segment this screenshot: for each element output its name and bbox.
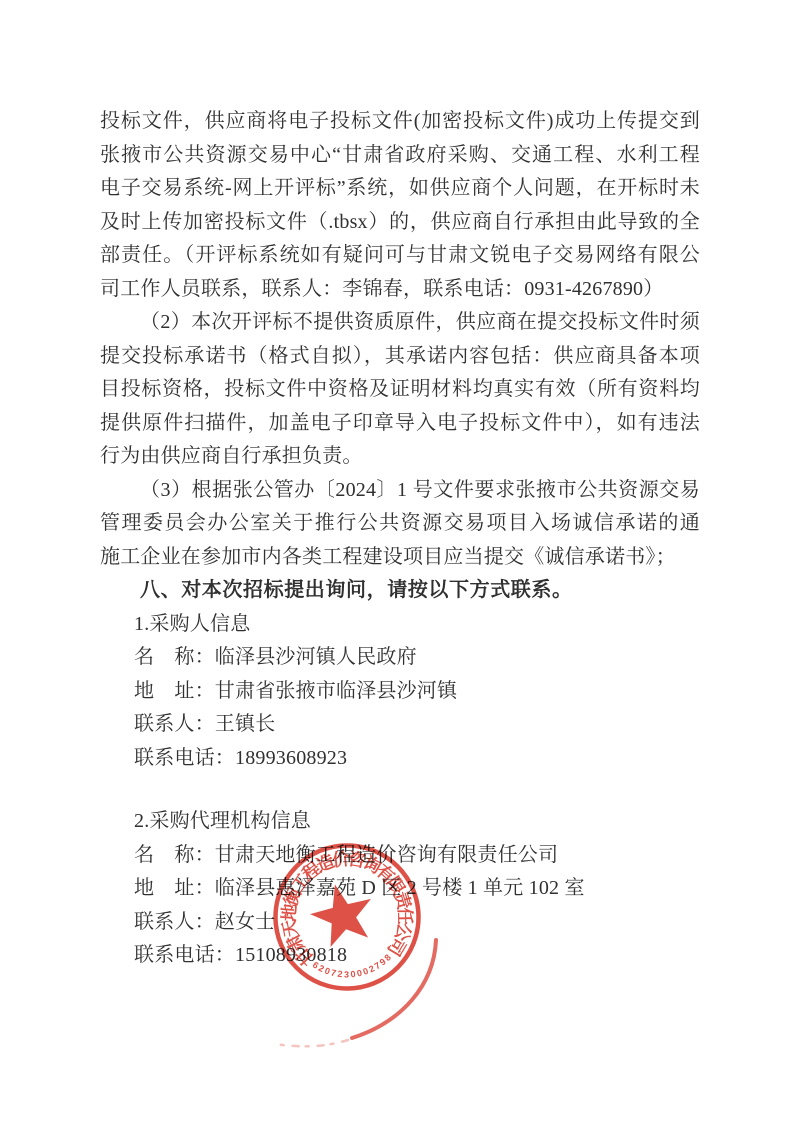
text-line: 部责任。（开评标系统如有疑问可与甘肃文锐电子交易网络有限公 [100,239,700,273]
text-line: 地 址：临泽县惠泽嘉苑 D 区 2 号楼 1 单元 102 室 [100,872,700,906]
text-line: 提交投标承诺书（格式自拟），其承诺内容包括：供应商具备本项 [100,340,700,374]
text-line: 司工作人员联系，联系人：李锦春，联系电话：0931-4267890） [100,273,700,307]
para-item-3: （3）根据张公管办〔2024〕1 号文件要求张掖市公共资源交易管理委员会办公室关… [100,474,700,575]
text-line: 1.采购人信息 [100,608,700,642]
text-line: 2.采购代理机构信息 [100,805,700,839]
text-line: 管理委员会办公室关于推行公共资源交易项目入场诚信承诺的通知， [100,507,700,541]
text-line: 联系电话：15108930818 [100,939,700,973]
text-line: （3）根据张公管办〔2024〕1 号文件要求张掖市公共资源交易 [100,474,700,508]
text-line: 名 称：甘肃天地衡工程造价咨询有限责任公司 [100,839,700,873]
agency-info: 2.采购代理机构信息名 称：甘肃天地衡工程造价咨询有限责任公司地 址：临泽县惠泽… [100,805,700,973]
text-line: 行为由供应商自行承担负责。 [100,440,700,474]
para-item-2: （2）本次开评标不提供资质原件，供应商在提交投标文件时须提交投标承诺书（格式自拟… [100,306,700,474]
document-page: 投标文件，供应商将电子投标文件(加密投标文件)成功上传提交到张掖市公共资源交易中… [0,0,793,1122]
text-line: 提供原件扫描件，加盖电子印章导入电子投标文件中），如有违法 [100,407,700,441]
text-line: 投标文件，供应商将电子投标文件(加密投标文件)成功上传提交到 [100,105,700,139]
document-content: 投标文件，供应商将电子投标文件(加密投标文件)成功上传提交到张掖市公共资源交易中… [100,105,700,973]
text-line: 地 址：甘肃省张掖市临泽县沙河镇 [100,675,700,709]
blank-line [100,775,700,805]
text-line: 张掖市公共资源交易中心“甘肃省政府采购、交通工程、水利工程 [100,139,700,173]
text-line: 联系人：王镇长 [100,708,700,742]
text-line: 八、对本次招标提出询问，请按以下方式联系。 [100,574,700,608]
text-line: 电子交易系统-网上开评标”系统，如供应商个人问题，在开标时未 [100,172,700,206]
text-line: 目投标资格，投标文件中资格及证明材料均真实有效（所有资料均 [100,373,700,407]
text-line: 施工企业在参加市内各类工程建设项目应当提交《诚信承诺书》； [100,541,700,575]
text-line: 联系人：赵女士 [100,906,700,940]
para-upload-instructions: 投标文件，供应商将电子投标文件(加密投标文件)成功上传提交到张掖市公共资源交易中… [100,105,700,306]
purchaser-info: 1.采购人信息名 称：临泽县沙河镇人民政府地 址：甘肃省张掖市临泽县沙河镇联系人… [100,608,700,776]
heading-section-8: 八、对本次招标提出询问，请按以下方式联系。 [100,574,700,608]
text-line: 名 称：临泽县沙河镇人民政府 [100,641,700,675]
text-line: 联系电话：18993608923 [100,742,700,776]
text-line: （2）本次开评标不提供资质原件，供应商在提交投标文件时须 [100,306,700,340]
text-line: 及时上传加密投标文件（.tbsx）的，供应商自行承担由此导致的全 [100,206,700,240]
